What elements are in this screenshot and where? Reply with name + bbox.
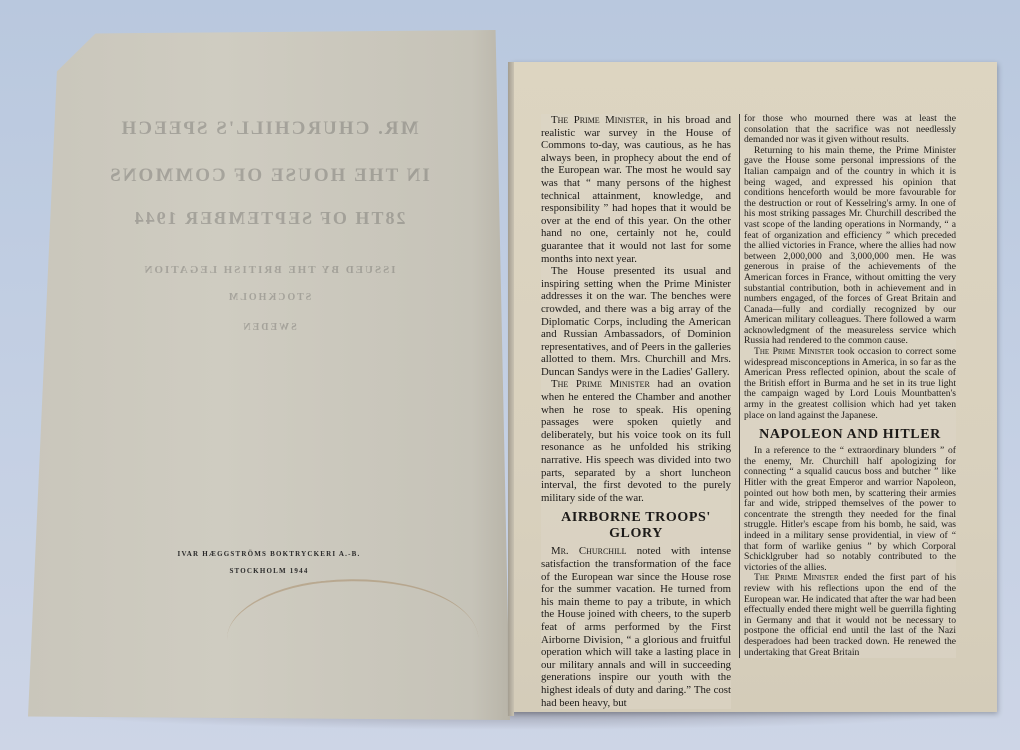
paragraph: Returning to his main theme, the Prime M… — [744, 146, 956, 347]
bleed-line-4: ISSUED BY THE BRITISH LEGATION — [28, 264, 510, 276]
paragraph: The House presented its usual and inspir… — [541, 265, 731, 378]
left-page: MR. CHURCHILL'S SPEECH IN THE HOUSE OF C… — [28, 30, 510, 720]
bleed-line-2: IN THE HOUSE OF COMMONS — [28, 165, 510, 187]
bleed-line-5: STOCKHOLM — [28, 292, 510, 303]
printer-imprint: IVAR HÆGGSTRÖMS BOKTRYCKERI A.-B. — [28, 550, 510, 558]
section-heading: AIRBORNE TROOPS' GLORY — [541, 510, 731, 542]
paragraph: In a reference to the “ extraordinary bl… — [744, 446, 956, 573]
paragraph: The Prime Minister had an ovation when h… — [541, 378, 731, 504]
section-heading: NAPOLEON AND HITLER — [744, 427, 956, 443]
book-gutter — [508, 62, 514, 716]
paragraph: for those who mourned there was at least… — [744, 114, 956, 146]
paragraph-lead: The Prime Minister — [551, 114, 645, 126]
article-column-right: for those who mourned there was at least… — [739, 114, 956, 658]
paragraph: Mr. Churchill noted with intense satisfa… — [541, 545, 731, 709]
bleed-line-3: 28TH OF SEPTEMBER 1944 — [28, 208, 510, 229]
bleed-line-6: SWEDEN — [28, 322, 510, 333]
paragraph: The Prime Minister, in his broad and rea… — [541, 114, 731, 265]
right-page: The Prime Minister, in his broad and rea… — [511, 62, 997, 712]
article-column-left: The Prime Minister, in his broad and rea… — [541, 114, 731, 709]
paragraph: The Prime Minister took occasion to corr… — [744, 347, 956, 421]
water-stain — [222, 565, 483, 712]
printer-place-year: STOCKHOLM 1944 — [28, 567, 510, 575]
paragraph: The Prime Minister ended the first part … — [744, 573, 956, 658]
bleed-line-1: MR. CHURCHILL'S SPEECH — [28, 118, 510, 140]
